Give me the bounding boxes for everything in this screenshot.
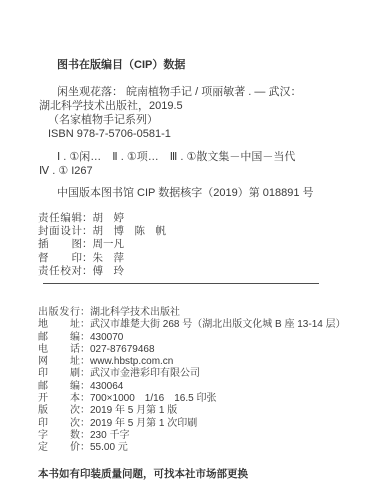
colon: ：: [80, 393, 90, 405]
colon: ：: [80, 430, 90, 442]
publication-value: 湖北科学技术出版社: [90, 307, 180, 319]
credits-label: 责任编辑: [38, 212, 82, 225]
credits-label: 责任校对: [38, 265, 82, 278]
publication-value: 430070: [90, 332, 123, 344]
publication-value: www.hbstp.com.cn: [90, 356, 173, 368]
publication-value: 430064: [90, 381, 123, 393]
credits-row: 责任校对：傅 玲: [38, 265, 166, 278]
colon: ：: [80, 319, 90, 331]
cip-series-line: （名家植物手记系列）: [39, 113, 357, 127]
publication-label: 定价: [38, 442, 80, 454]
publication-label: 印刷: [38, 368, 80, 380]
colon: ：: [82, 212, 93, 225]
publication-value: 55.00 元: [90, 442, 128, 454]
publication-row: 地址：武汉市雄楚大街 268 号（湖北出版文化城 B 座 13-14 层）: [38, 319, 363, 331]
publication-row: 出版发行：湖北科学技术出版社: [38, 307, 363, 319]
colon: ：: [82, 252, 93, 265]
publication-label: 电话: [38, 344, 80, 356]
colon: ：: [80, 442, 90, 454]
publication-label: 邮编: [38, 332, 80, 344]
credits-value: 朱 萍: [93, 252, 125, 265]
credits-label: 插图: [38, 238, 82, 251]
publication-row: 邮编：430064: [38, 381, 363, 393]
publication-value: 2019 年 5 月第 1 版: [90, 405, 177, 417]
colon: ：: [82, 238, 93, 251]
publication-row: 网址：www.hbstp.com.cn: [38, 356, 363, 368]
credits-value: 胡 婷: [93, 212, 125, 225]
publication-label: 地址: [38, 319, 80, 331]
publication-row: 字数：230 千字: [38, 430, 363, 442]
cip-block: 图书在版编目（CIP）数据 闲坐观花落： 皖南植物手记 / 项丽敏著 . — 武…: [39, 58, 357, 200]
publication-row: 电话：027-87679468: [38, 344, 363, 356]
publication-value: 武汉市雄楚大街 268 号（湖北出版文化城 B 座 13-14 层）: [90, 319, 346, 331]
publication-block: 出版发行：湖北科学技术出版社 地址：武汉市雄楚大街 268 号（湖北出版文化城 …: [38, 307, 363, 455]
colon: ：: [80, 307, 90, 319]
publication-label: 字数: [38, 430, 80, 442]
publication-row: 邮编：430070: [38, 332, 363, 344]
quality-note: 本书如有印装质量问题，可找本社市场部更换: [38, 466, 248, 481]
divider-rule: [43, 283, 319, 284]
publication-value: 700×1000 1/16 16.5 印张: [90, 393, 216, 405]
publication-row: 定价：55.00 元: [38, 442, 363, 454]
colon: ：: [80, 381, 90, 393]
publication-label: 出版发行: [38, 307, 80, 319]
publication-label: 网址: [38, 356, 80, 368]
credits-label: 封面设计: [38, 225, 82, 238]
publication-label: 开本: [38, 393, 80, 405]
colon: ：: [80, 418, 90, 430]
copyright-page: 图书在版编目（CIP）数据 闲坐观花落： 皖南植物手记 / 项丽敏著 . — 武…: [0, 0, 375, 501]
credits-row: 督印：朱 萍: [38, 252, 166, 265]
colon: ：: [82, 265, 93, 278]
colon: ：: [80, 344, 90, 356]
colon: ：: [80, 332, 90, 344]
publication-label: 邮编: [38, 381, 80, 393]
colon: ：: [80, 368, 90, 380]
publication-value: 2019 年 5 月第 1 次印刷: [90, 418, 197, 430]
publication-value: 230 千字: [90, 430, 129, 442]
credits-label: 督印: [38, 252, 82, 265]
publication-row: 开本：700×1000 1/16 16.5 印张: [38, 393, 363, 405]
colon: ：: [80, 405, 90, 417]
publication-label: 版次: [38, 405, 80, 417]
publication-row: 印次：2019 年 5 月第 1 次印刷: [38, 418, 363, 430]
credits-value: 胡 博 陈 帆: [93, 225, 167, 238]
credits-value: 傅 玲: [93, 265, 125, 278]
cip-isbn-line: ISBN 978-7-5706-0581-1: [39, 127, 357, 141]
publication-value: 武汉市金港彩印有限公司: [90, 368, 200, 380]
credits-value: 周一凡: [93, 238, 125, 251]
cip-class-line-2: Ⅳ . ① I267: [39, 164, 357, 178]
publication-row: 版次：2019 年 5 月第 1 版: [38, 405, 363, 417]
cip-class-line-1: Ⅰ . ①闲… Ⅱ . ①项… Ⅲ . ①散文集－中国－当代: [39, 150, 357, 164]
publication-value: 027-87679468: [90, 344, 155, 356]
cip-record-line: 中国版本图书馆 CIP 数据核字（2019）第 018891 号: [39, 186, 357, 200]
colon: ：: [82, 225, 93, 238]
credits-row: 插图：周一凡: [38, 238, 166, 251]
credits-row: 封面设计：胡 博 陈 帆: [38, 225, 166, 238]
cip-header: 图书在版编目（CIP）数据: [39, 58, 357, 72]
cip-title-line: 闲坐观花落： 皖南植物手记 / 项丽敏著 . — 武汉：: [39, 85, 357, 99]
colon: ：: [80, 356, 90, 368]
cip-publisher-line: 湖北科学技术出版社，2019.5: [39, 99, 357, 113]
credits-block: 责任编辑：胡 婷 封面设计：胡 博 陈 帆 插图：周一凡 督印：朱 萍 责任校对…: [38, 212, 166, 278]
credits-row: 责任编辑：胡 婷: [38, 212, 166, 225]
publication-row: 印刷：武汉市金港彩印有限公司: [38, 368, 363, 380]
publication-label: 印次: [38, 418, 80, 430]
